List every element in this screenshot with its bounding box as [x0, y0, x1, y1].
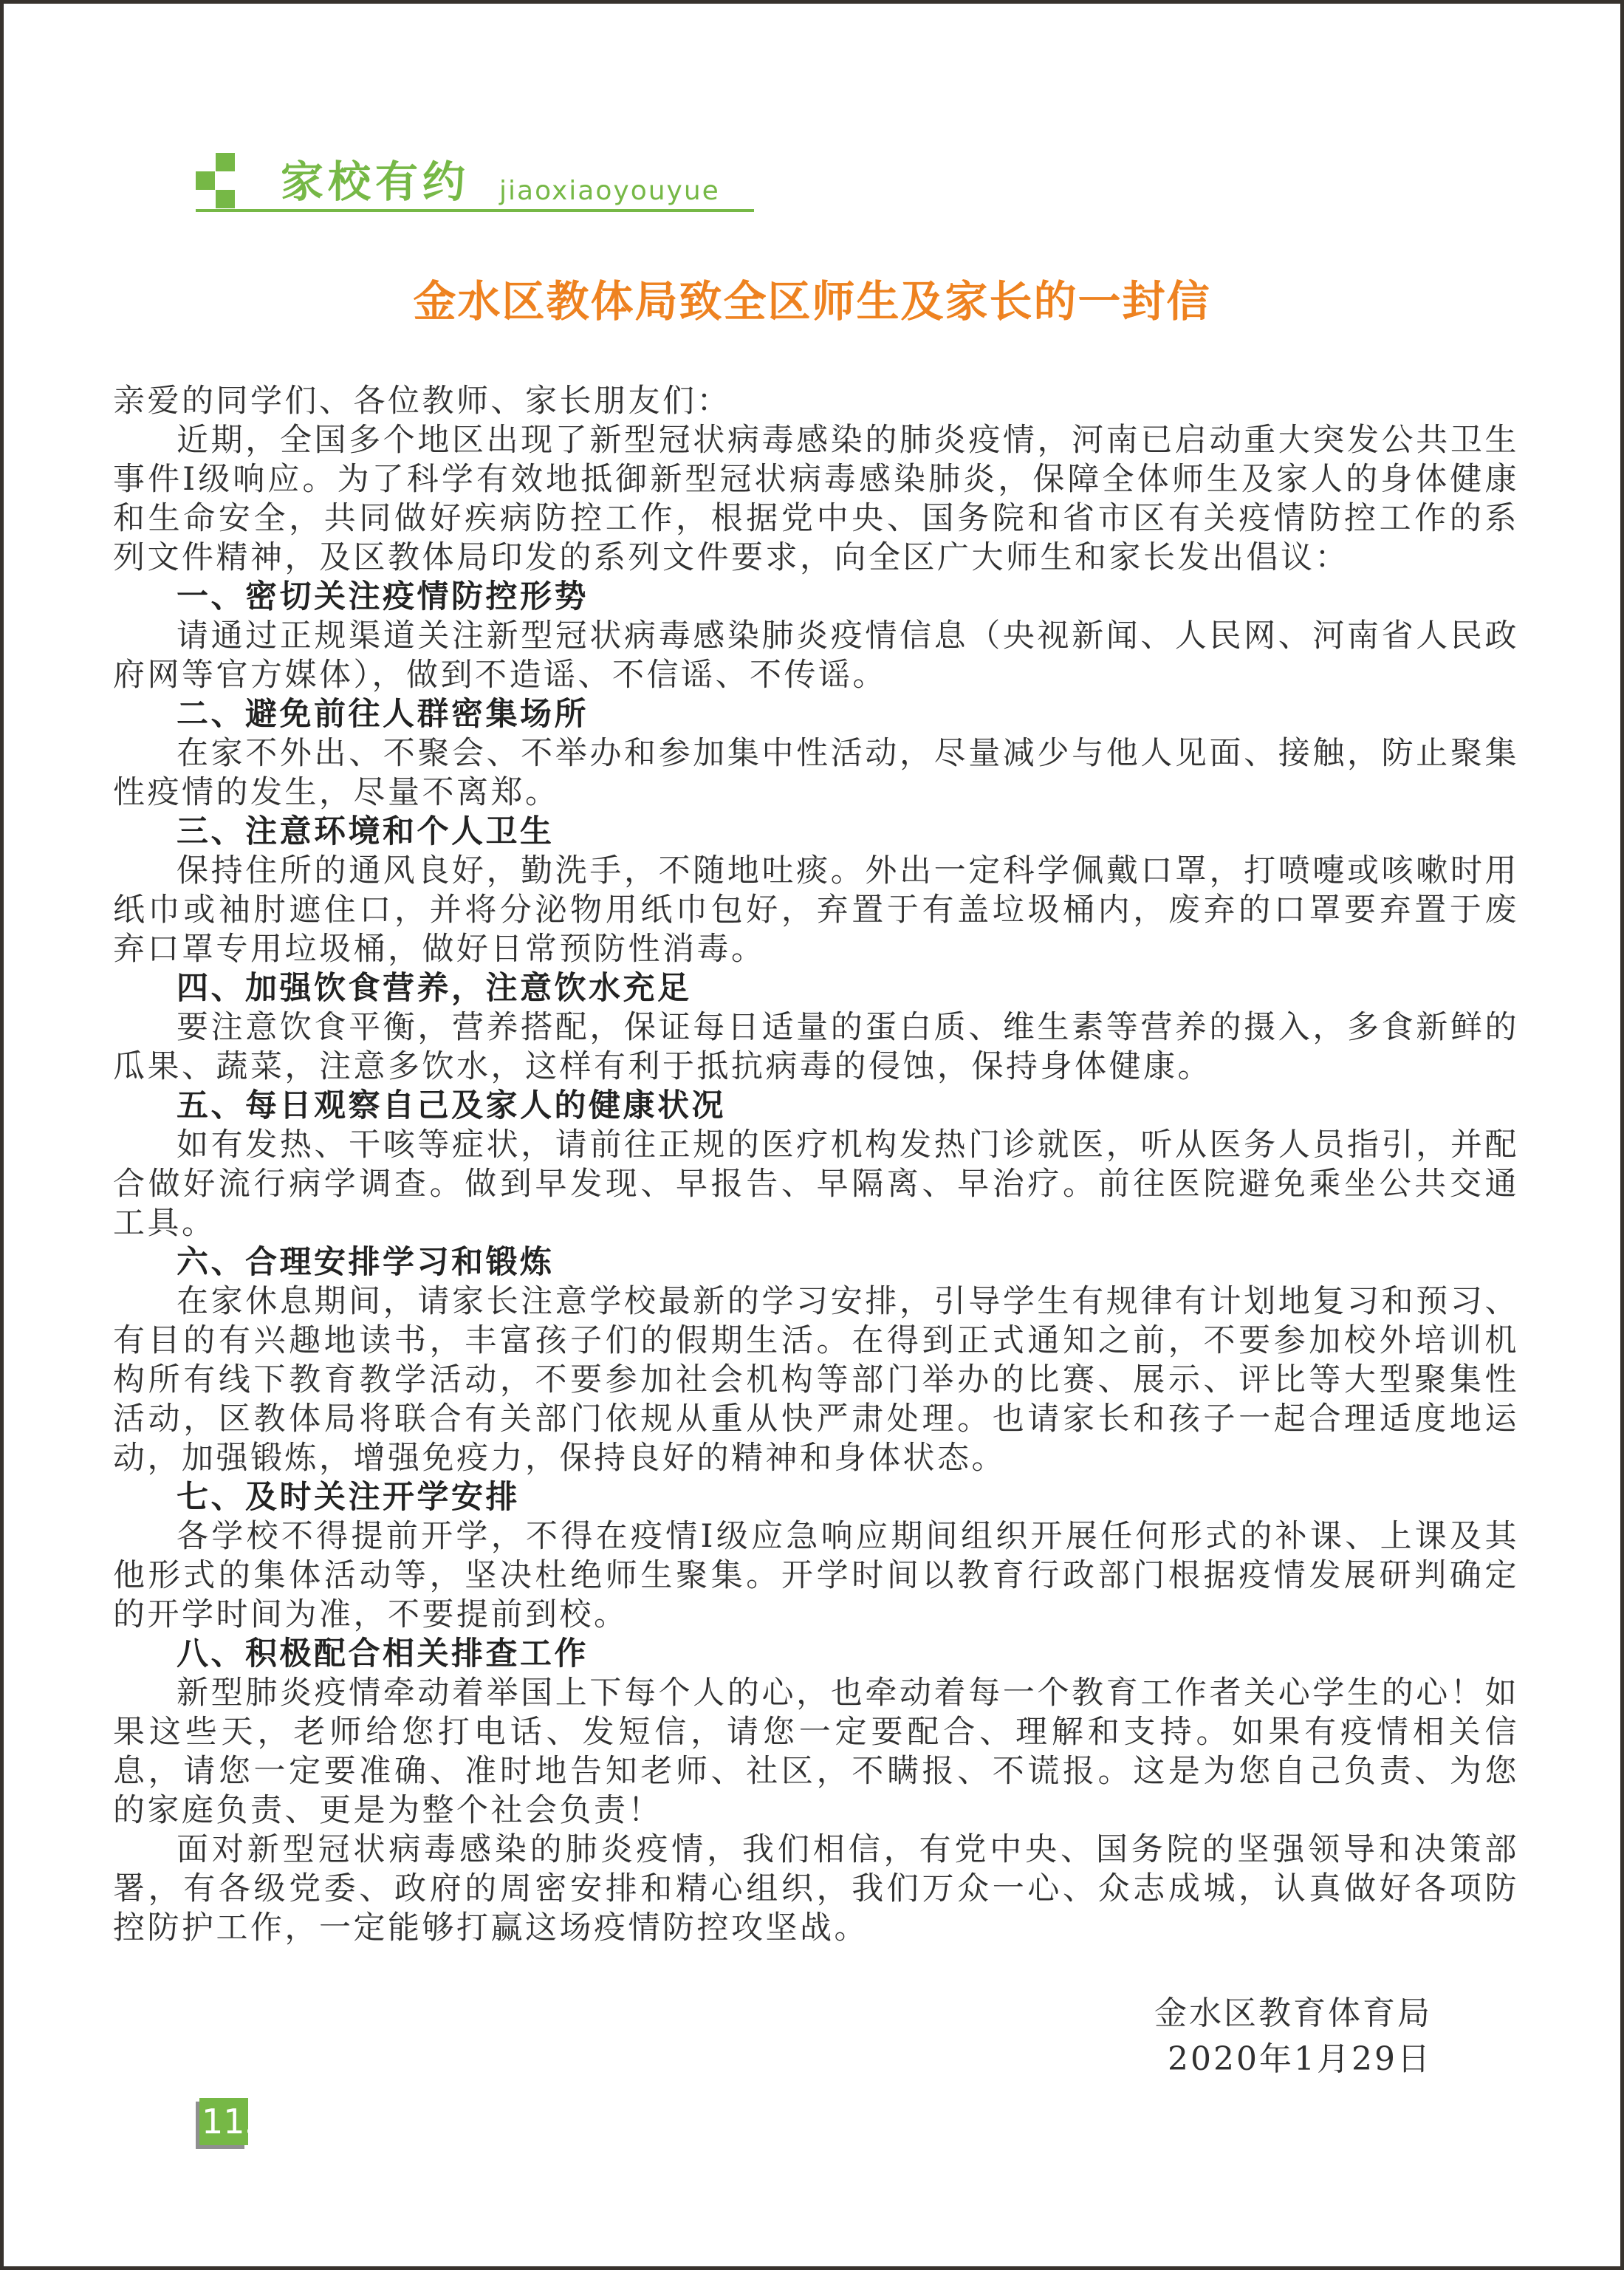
- section-heading-4: 四、加强饮食营养，注意饮水充足: [113, 969, 1519, 1008]
- column-brand-name: 家校有约: [281, 160, 470, 203]
- section-heading-5: 五、每日观察自己及家人的健康状况: [113, 1087, 1519, 1126]
- magazine-column-header: 家校有约 jiaoxiaoyouyue: [196, 148, 754, 212]
- letter-paragraph: 如有发热、干咳等症状，请前往正规的医疗机构发热门诊就医，听从医务人员指引，并配合…: [113, 1126, 1519, 1243]
- page-number-badge: 115: [199, 2098, 248, 2145]
- letter-paragraph: 在家不外出、不聚会、不举办和参加集中性活动，尽量减少与他人见面、接触，防止聚集性…: [113, 734, 1519, 813]
- signature-date: 2020年1月29日: [113, 2037, 1432, 2082]
- letter-paragraph: 各学校不得提前开学，不得在疫情Ⅰ级应急响应期间组织开展任何形式的补课、上课及其他…: [113, 1517, 1519, 1635]
- letter-paragraph: 新型肺炎疫情牵动着举国上下每个人的心，也牵动着每一个教育工作者关心学生的心！如果…: [113, 1674, 1519, 1830]
- letter-salutation: 亲爱的同学们、各位教师、家长朋友们：: [113, 382, 1519, 421]
- section-heading-8: 八、积极配合相关排查工作: [113, 1635, 1519, 1674]
- letter-paragraph: 请通过正规渠道关注新型冠状病毒感染肺炎疫情信息（央视新闻、人民网、河南省人民政府…: [113, 617, 1519, 695]
- letter-body: 亲爱的同学们、各位教师、家长朋友们： 近期，全国多个地区出现了新型冠状病毒感染的…: [113, 382, 1519, 2082]
- letter-paragraph: 要注意饮食平衡，营养搭配，保证每日适量的蛋白质、维生素等营养的摄入，多食新鲜的瓜…: [113, 1008, 1519, 1087]
- scanned-page: 家校有约 jiaoxiaoyouyue 金水区教体局致全区师生及家长的一封信 亲…: [0, 0, 1624, 2270]
- column-brand-pinyin: jiaoxiaoyouyue: [499, 178, 720, 205]
- letter-paragraph: 保持住所的通风良好，勤洗手，不随地吐痰。外出一定科学佩戴口罩，打喷嚏或咳嗽时用纸…: [113, 852, 1519, 969]
- section-heading-6: 六、合理安排学习和锻炼: [113, 1243, 1519, 1282]
- letter-paragraph: 在家休息期间，请家长注意学校最新的学习安排，引导学生有规律有计划地复习和预习、有…: [113, 1282, 1519, 1478]
- section-heading-3: 三、注意环境和个人卫生: [113, 813, 1519, 852]
- letter-paragraph: 近期，全国多个地区出现了新型冠状病毒感染的肺炎疫情，河南已启动重大突发公共卫生事…: [113, 421, 1519, 578]
- signature-organization: 金水区教育体育局: [113, 1991, 1432, 2037]
- brand-squares-icon: [196, 153, 235, 209]
- letter-paragraph: 面对新型冠状病毒感染的肺炎疫情，我们相信，有党中央、国务院的坚强领导和决策部署，…: [113, 1830, 1519, 1948]
- section-heading-7: 七、及时关注开学安排: [113, 1478, 1519, 1517]
- section-heading-2: 二、避免前往人群密集场所: [113, 695, 1519, 734]
- letter-title: 金水区教体局致全区师生及家长的一封信: [4, 274, 1620, 329]
- section-heading-1: 一、密切关注疫情防控形势: [113, 578, 1519, 617]
- letter-signature: 金水区教育体育局 2020年1月29日: [113, 1991, 1519, 2082]
